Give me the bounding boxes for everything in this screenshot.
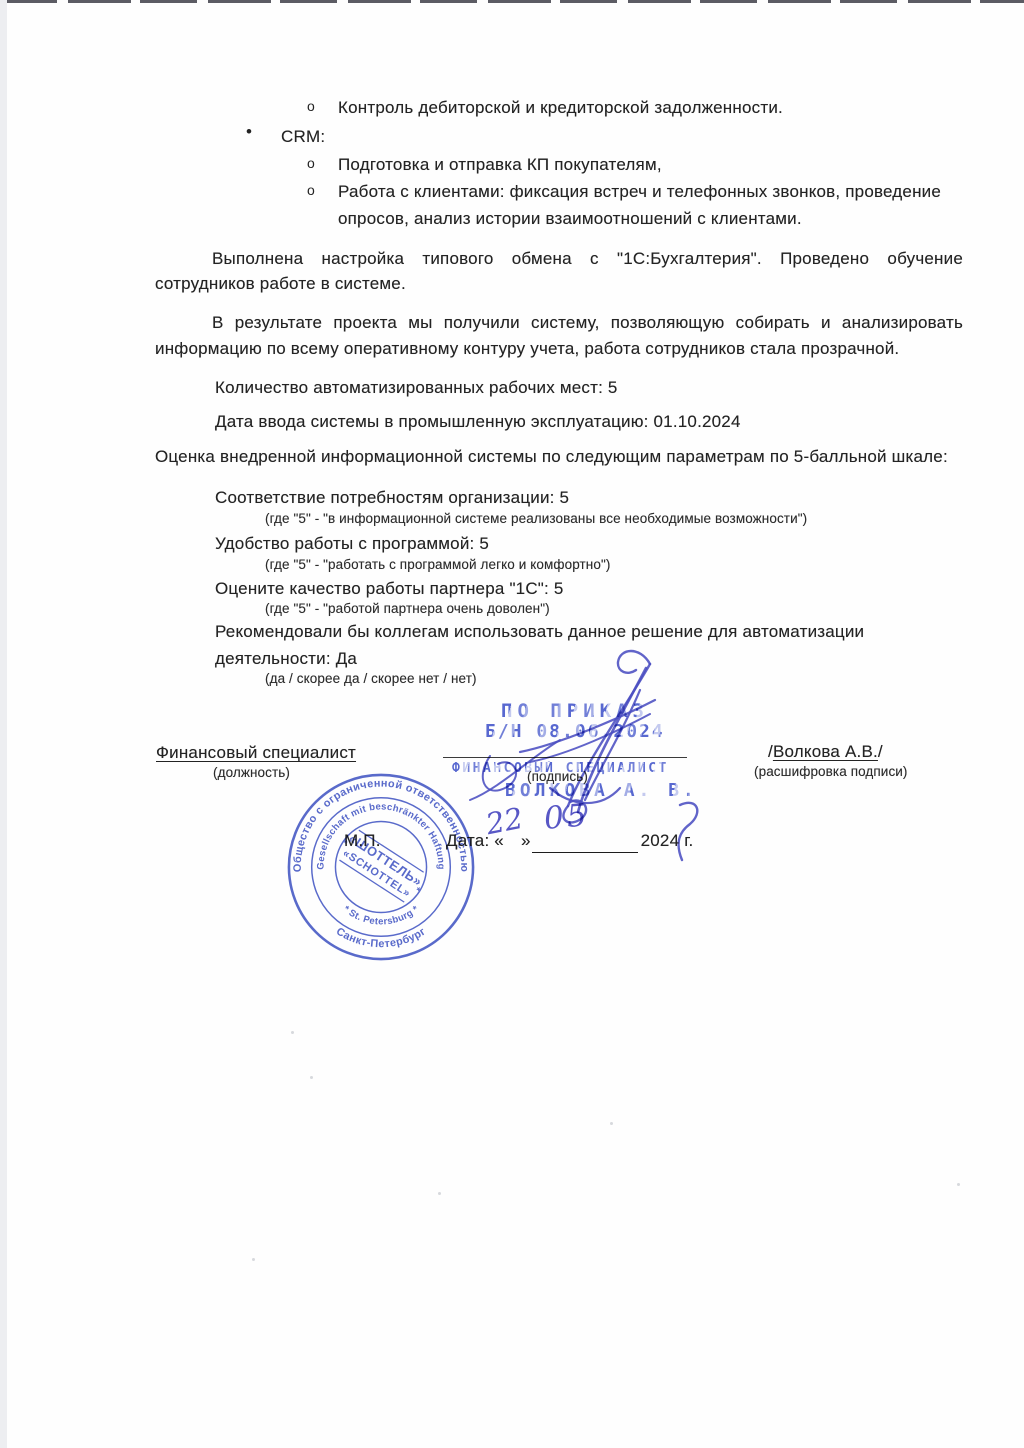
list-item-crm: CRM: [281, 124, 325, 149]
position-title: Финансовый специалист [156, 740, 356, 765]
rating-label: Оцените качество работы партнера "1С": 5 [215, 576, 564, 601]
recommendation-line: деятельности: Да [215, 646, 357, 671]
list-item-text: Подготовка и отправка КП покупателям, [338, 152, 662, 177]
rating-intro: Оценка внедренной информационной системы… [155, 444, 948, 469]
list-item-text: Работа с клиентами: фиксация встреч и те… [338, 179, 941, 204]
seal-middle-bottom-text: * St. Petersburg * [341, 904, 421, 928]
rating-note: (где "5" - "в информационной системе реа… [265, 511, 807, 526]
pen-signature [468, 638, 690, 830]
signer-name-note: (расшифровка подписи) [754, 764, 908, 779]
position-note: (должность) [213, 765, 290, 780]
paragraph-line: В результате проекта мы получили систему… [155, 310, 963, 335]
list-item-text: опросов, анализ истории взаимоотношений … [338, 206, 802, 231]
rating-note: (где "5" - "работой партнера очень довол… [265, 601, 550, 616]
paragraph-line: сотрудников работе в системе. [155, 271, 406, 296]
seal-center-band: * * «ШОТТЕЛЬ» «SCHOTTEL» [334, 826, 430, 906]
seal-middle-ring [312, 798, 451, 937]
fact-launch-date: Дата ввода системы в промышленную эксплу… [215, 409, 741, 434]
rating-label: Соответствие потребностям организации: 5 [215, 485, 569, 510]
scan-speck [438, 1192, 441, 1195]
scan-speck [957, 1183, 960, 1186]
scan-speck [252, 1258, 255, 1261]
recommendation-note: (да / скорее да / скорее нет / нет) [265, 671, 477, 686]
scan-artifact-top-edge [0, 0, 1024, 3]
bullet-circle-icon: o [307, 155, 315, 171]
paragraph-line: информацию по всему оперативному контуру… [155, 336, 899, 361]
paragraph-line: Выполнена настройка типового обмена с "1… [155, 246, 963, 271]
signer-name: /Волкова А.В./ [768, 739, 883, 764]
company-round-seal: Общество с ограниченной ответственностью… [282, 768, 480, 966]
bullet-dot-icon: • [246, 122, 252, 142]
bullet-circle-icon: o [307, 182, 315, 198]
seal-outer-bottom-text: Санкт-Петербург [334, 925, 428, 950]
bullet-circle-icon: o [307, 98, 315, 114]
scanned-document-page: o Контроль дебиторской и кредиторской за… [0, 0, 1024, 1448]
scan-speck [610, 1122, 613, 1125]
list-item-text: Контроль дебиторской и кредиторской задо… [338, 95, 783, 120]
scan-speck [310, 1076, 313, 1079]
slash: / [878, 742, 883, 761]
rating-label: Удобство работы с программой: 5 [215, 531, 489, 556]
rating-note: (где "5" - "работать с программой легко … [265, 557, 610, 572]
signer-name-text: Волкова А.В. [773, 742, 878, 761]
scan-artifact-left-edge [0, 0, 7, 1448]
fact-workstations: Количество автоматизированных рабочих ме… [215, 375, 618, 400]
scan-speck [291, 1031, 294, 1034]
